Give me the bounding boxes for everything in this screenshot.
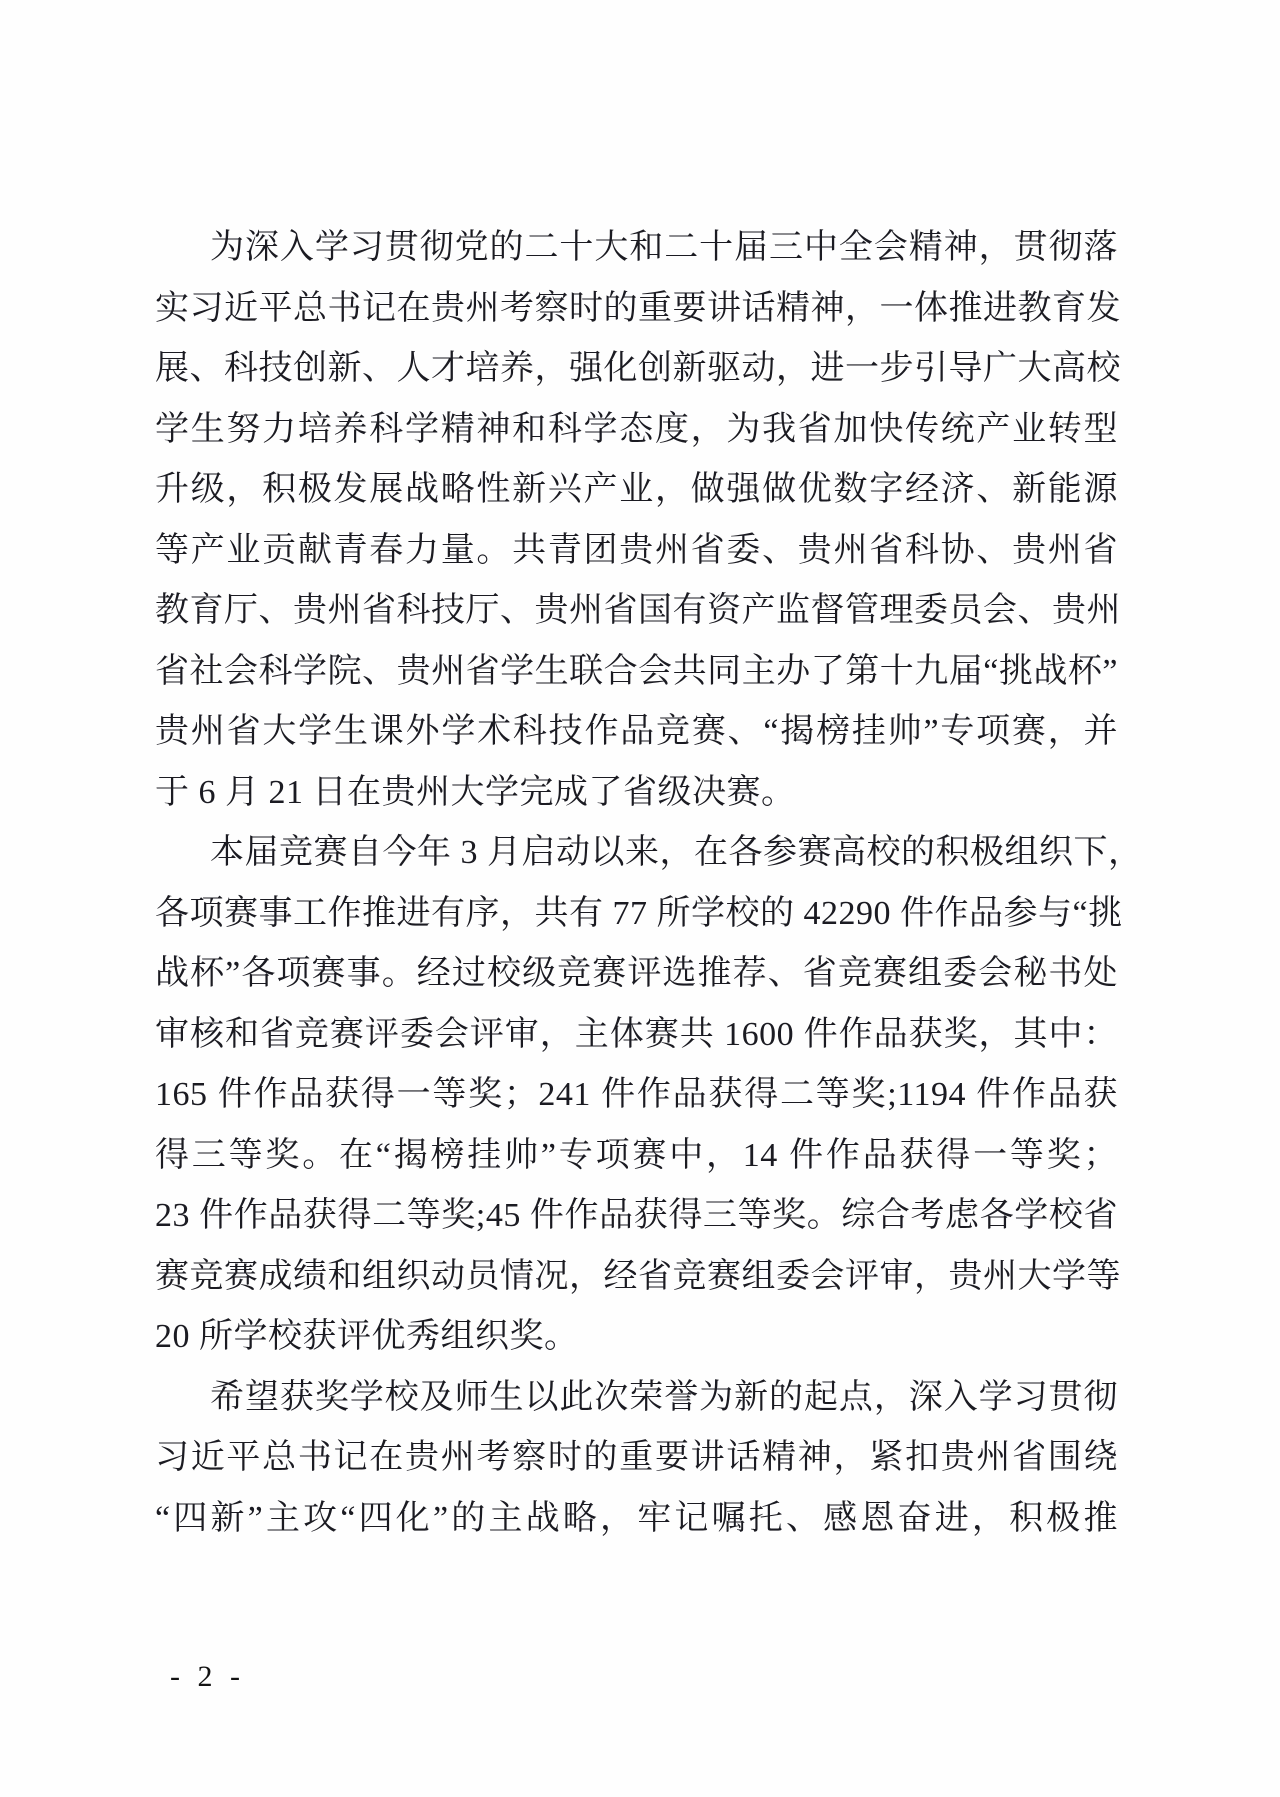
text-line: 各项赛事工作推进有序，共有 77 所学校的 42290 件作品参与“挑 — [155, 884, 1118, 945]
text-line: 习近平总书记在贵州考察时的重要讲话精神，紧扣贵州省围绕 — [155, 1428, 1118, 1489]
text-line: 得三等奖。在“揭榜挂帅”专项赛中，14 件作品获得一等奖； — [155, 1126, 1118, 1187]
text-line: 165 件作品获得一等奖；241 件作品获得二等奖;1194 件作品获 — [155, 1065, 1118, 1126]
text-line: 20 所学校获评优秀组织奖。 — [155, 1307, 1118, 1368]
text-line: 教育厅、贵州省科技厅、贵州省国有资产监督管理委员会、贵州 — [155, 581, 1118, 642]
text-line: 学生努力培养科学精神和科学态度，为我省加快传统产业转型 — [155, 400, 1118, 461]
page-number: - 2 - — [170, 1660, 245, 1694]
paragraph: 本届竞赛自今年 3 月启动以来，在各参赛高校的积极组织下， 各项赛事工作推进有序… — [155, 823, 1118, 1368]
text-line: 审核和省竞赛评委会评审，主体赛共 1600 件作品获奖，其中： — [155, 1005, 1118, 1066]
text-line: 赛竞赛成绩和组织动员情况，经省竞赛组委会评审，贵州大学等 — [155, 1247, 1118, 1308]
text-line: 本届竞赛自今年 3 月启动以来，在各参赛高校的积极组织下， — [155, 823, 1118, 884]
text-line: 于 6 月 21 日在贵州大学完成了省级决赛。 — [155, 763, 1118, 824]
text-line: 战杯”各项赛事。经过校级竞赛评选推荐、省竞赛组委会秘书处 — [155, 944, 1118, 1005]
document-body: 为深入学习贯彻党的二十大和二十届三中全会精神，贯彻落 实习近平总书记在贵州考察时… — [155, 218, 1118, 1549]
text-line: 贵州省大学生课外学术科技作品竞赛、“揭榜挂帅”专项赛，并 — [155, 702, 1118, 763]
document-page: 为深入学习贯彻党的二十大和二十届三中全会精神，贯彻落 实习近平总书记在贵州考察时… — [0, 0, 1280, 1797]
text-line: 升级，积极发展战略性新兴产业，做强做优数字经济、新能源 — [155, 460, 1118, 521]
text-line: 展、科技创新、人才培养，强化创新驱动，进一步引导广大高校 — [155, 339, 1118, 400]
paragraph: 希望获奖学校及师生以此次荣誉为新的起点，深入学习贯彻 习近平总书记在贵州考察时的… — [155, 1368, 1118, 1550]
text-line: 希望获奖学校及师生以此次荣誉为新的起点，深入学习贯彻 — [155, 1368, 1118, 1429]
text-line: 为深入学习贯彻党的二十大和二十届三中全会精神，贯彻落 — [155, 218, 1118, 279]
text-line: 23 件作品获得二等奖;45 件作品获得三等奖。综合考虑各学校省 — [155, 1186, 1118, 1247]
text-line: “四新”主攻“四化”的主战略，牢记嘱托、感恩奋进，积极推 — [155, 1489, 1118, 1550]
text-line: 实习近平总书记在贵州考察时的重要讲话精神，一体推进教育发 — [155, 279, 1118, 340]
paragraph: 为深入学习贯彻党的二十大和二十届三中全会精神，贯彻落 实习近平总书记在贵州考察时… — [155, 218, 1118, 823]
text-line: 省社会科学院、贵州省学生联合会共同主办了第十九届“挑战杯” — [155, 642, 1118, 703]
text-line: 等产业贡献青春力量。共青团贵州省委、贵州省科协、贵州省 — [155, 521, 1118, 582]
